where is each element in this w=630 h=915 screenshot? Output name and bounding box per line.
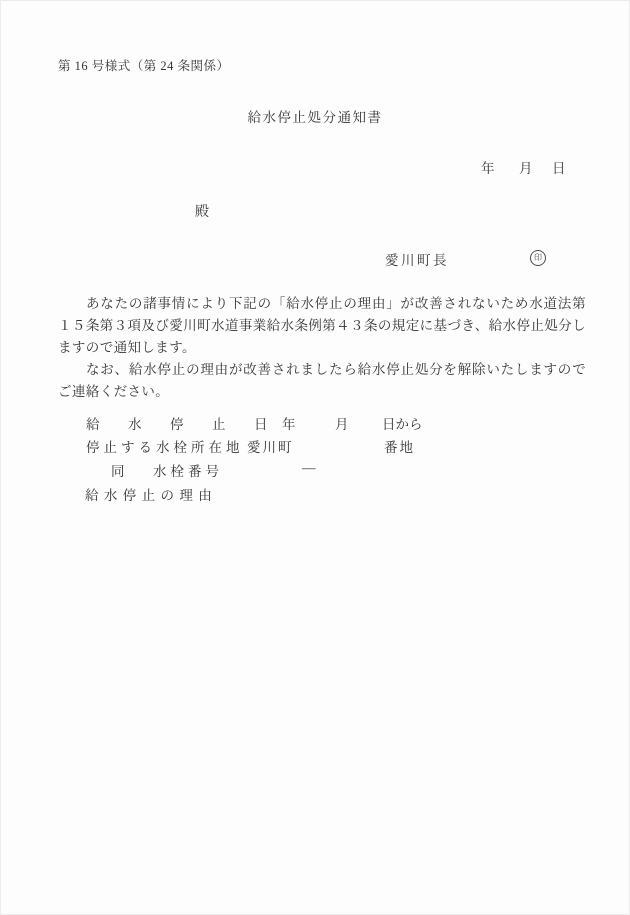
body-paragraph-release: なお、給水停止の理由が改善されましたら給水停止処分を解除いたしますのでご連絡くだ… — [58, 359, 586, 403]
issue-date-year-label: 年 — [481, 157, 495, 177]
stop-location-town: 愛川町 — [247, 436, 294, 456]
body-paragraph-notice: あなたの諸事情により下記の「給水停止の理由」が改善されないため水道法第１５条第３… — [58, 293, 586, 360]
issue-date-day-label: 日 — [552, 157, 566, 177]
page-title: 給水停止処分通知書 — [1, 106, 629, 126]
tap-number-label: 水栓番号 — [153, 460, 223, 480]
field-row-stop-date: 給 水 停 止 日 年 月 日から — [1, 413, 630, 430]
addressee-honorific: 殿 — [195, 201, 209, 221]
seal-icon: 印 — [530, 250, 546, 266]
tap-number-ditto-label: 同 — [111, 460, 125, 480]
stop-date-label: 給 水 停 止 日 — [86, 413, 275, 433]
tap-number-value: ― — [302, 460, 317, 476]
stop-location-lot-suffix: 番地 — [384, 436, 415, 456]
document-page: 第 16 号様式（第 24 条関係） 給水停止処分通知書 年 月 日 殿 愛川町… — [0, 0, 630, 915]
stop-date-month-label: 月 — [335, 413, 349, 433]
stop-reason-label: 給 水 停 止 の 理 由 — [85, 484, 213, 504]
field-row-tap-number: 同 水栓番号 ― — [1, 460, 630, 477]
stop-date-year-label: 年 — [282, 413, 296, 433]
stop-date-dayfrom-label: 日から — [382, 413, 423, 433]
issue-date-line: 年 月 日 — [1, 157, 630, 173]
field-row-stop-reason: 給 水 停 止 の 理 由 — [1, 484, 630, 501]
form-number: 第 16 号様式（第 24 条関係） — [58, 56, 230, 74]
field-row-stop-location: 停止する水栓所在地 愛川町 番地 — [1, 436, 630, 453]
seal-glyph: 印 — [534, 254, 542, 262]
issue-date-month-label: 月 — [519, 157, 533, 177]
issuer-name: 愛川町長 — [385, 249, 449, 269]
stop-location-label: 停止する水栓所在地 — [86, 436, 244, 456]
